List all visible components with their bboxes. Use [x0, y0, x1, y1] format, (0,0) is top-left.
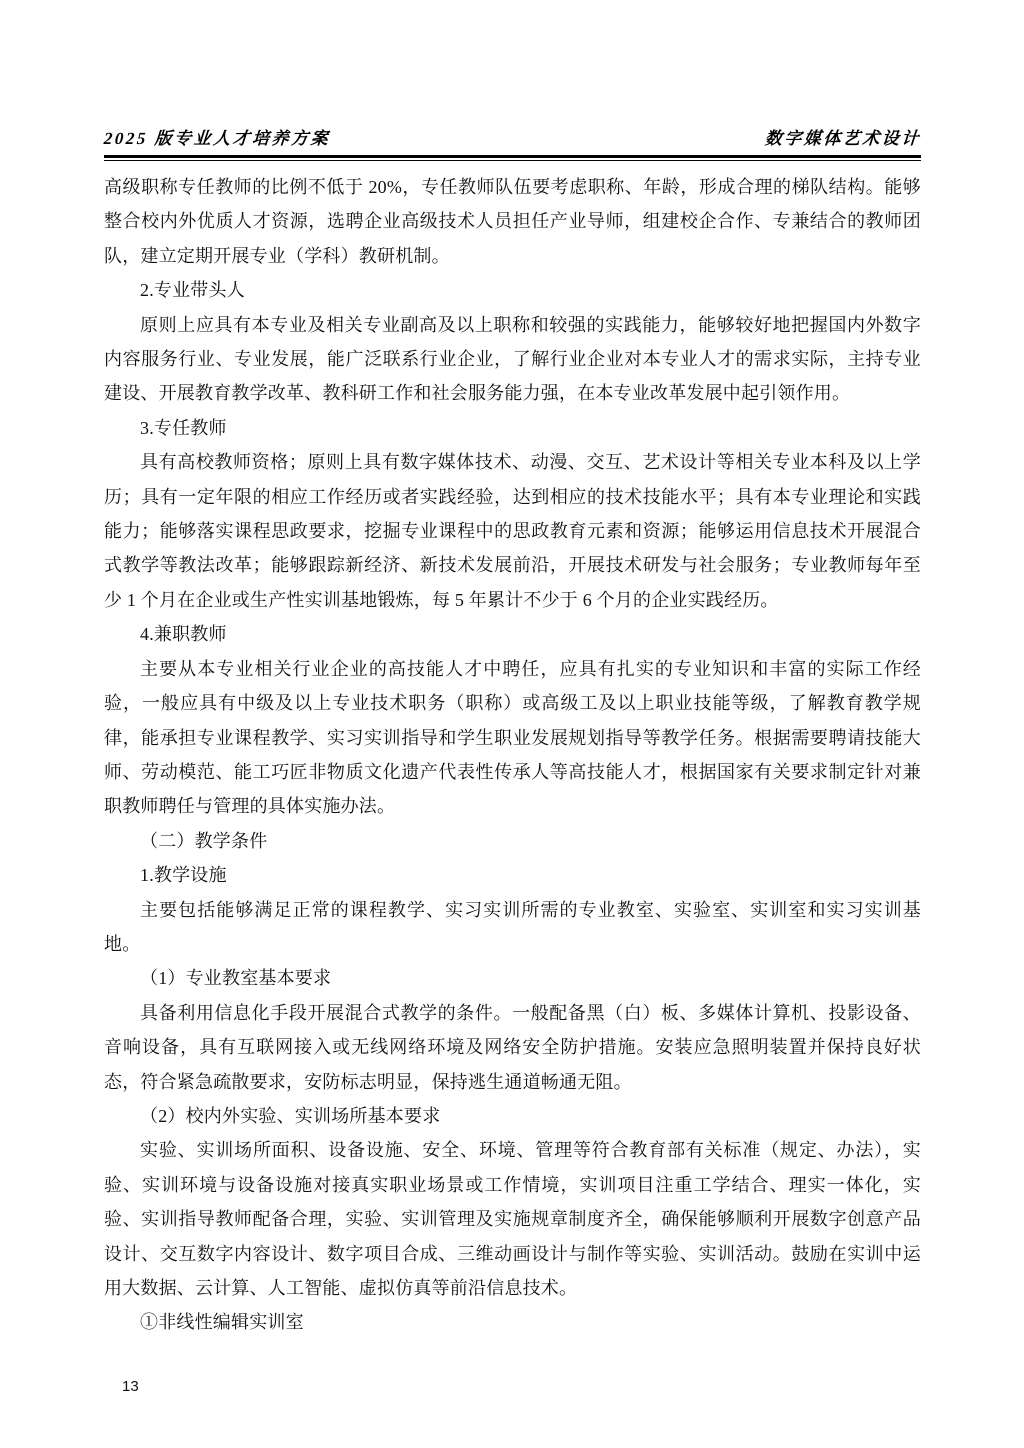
paragraph-fulltime-teachers: 具有高校教师资格；原则上具有数字媒体技术、动漫、交互、艺术设计等相关专业本科及以… [104, 445, 921, 617]
heading-teaching-conditions: （二）教学条件 [104, 824, 921, 858]
heading-nonlinear-editing-room: ①非线性编辑实训室 [104, 1305, 921, 1339]
heading-fulltime-teachers: 3.专任教师 [104, 411, 921, 445]
paragraph-classroom-requirements: 具备利用信息化手段开展混合式教学的条件。一般配备黑（白）板、多媒体计算机、投影设… [104, 996, 921, 1099]
heading-program-leader: 2.专业带头人 [104, 273, 921, 307]
heading-training-site-requirements: （2）校内外实验、实训场所基本要求 [104, 1099, 921, 1133]
header-rule-thin-line [104, 160, 921, 161]
paragraph-program-leader: 原则上应具有本专业及相关专业副高及以上职称和较强的实践能力，能够较好地把握国内外… [104, 308, 921, 411]
header-rule-thick-line [104, 155, 921, 158]
paragraph-teaching-facilities: 主要包括能够满足正常的课程教学、实习实训所需的专业教室、实验室、实训室和实习实训… [104, 893, 921, 962]
heading-classroom-requirements: （1）专业教室基本要求 [104, 961, 921, 995]
paragraph-parttime-teachers: 主要从本专业相关行业企业的高技能人才中聘任，应具有扎实的专业知识和丰富的实际工作… [104, 652, 921, 824]
page-header: 2025 版专业人才培养方案 数字媒体艺术设计 [104, 124, 921, 161]
header-rule [104, 155, 921, 161]
header-row: 2025 版专业人才培养方案 数字媒体艺术设计 [104, 124, 921, 149]
page-footer: 13 [122, 1378, 139, 1395]
heading-teaching-facilities: 1.教学设施 [104, 858, 921, 892]
document-body: 高级职称专任教师的比例不低于 20%，专任教师队伍要考虑职称、年龄，形成合理的梯… [104, 170, 921, 1340]
paragraph-teacher-ratio: 高级职称专任教师的比例不低于 20%，专任教师队伍要考虑职称、年龄，形成合理的梯… [104, 170, 921, 273]
heading-parttime-teachers: 4.兼职教师 [104, 617, 921, 651]
page-number: 13 [122, 1378, 139, 1395]
header-right-title: 数字媒体艺术设计 [764, 124, 922, 149]
header-left-title: 2025 版专业人才培养方案 [103, 124, 331, 149]
paragraph-training-site-requirements: 实验、实训场所面积、设备设施、安全、环境、管理等符合教育部有关标准（规定、办法）… [104, 1133, 921, 1305]
document-page: 2025 版专业人才培养方案 数字媒体艺术设计 高级职称专任教师的比例不低于 2… [0, 0, 1024, 1448]
